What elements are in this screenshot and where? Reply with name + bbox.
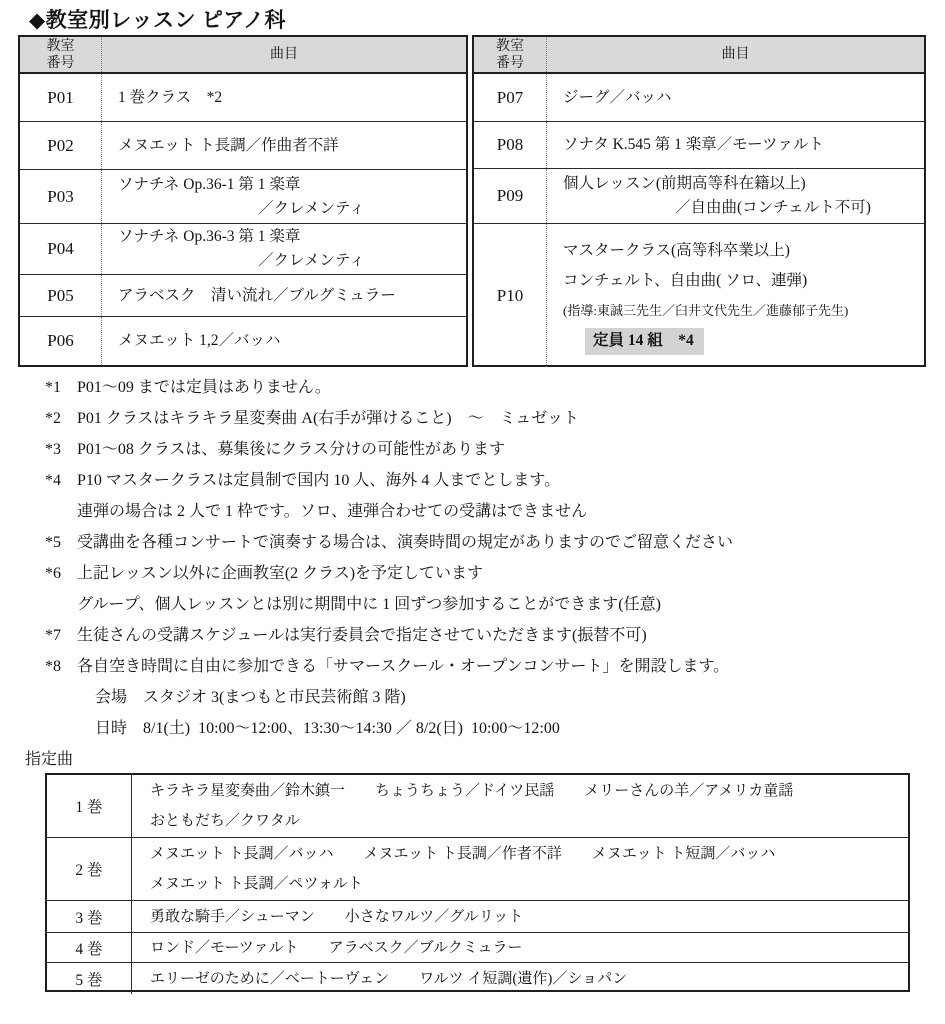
note-text: 各自空き時間に自由に参加できる「サマースクール・オープンコンサート」を開設します… [77, 651, 729, 682]
table-row: P03 ソナチネ Op.36-1 第 1 楽章 ／クレメンティ [20, 170, 466, 224]
room-header-line2: 番号 [47, 55, 75, 72]
table-row: P08 ソナタ K.545 第 1 楽章／モーツァルト [474, 122, 924, 169]
note-text: 上記レッスン以外に企画教室(2 クラス)を予定しています [77, 558, 483, 589]
table-row: P01 1 巻クラス *2 [20, 74, 466, 122]
song-line: メヌエット ト長調／ペツォルト [150, 869, 908, 899]
table-row: 1 巻 キラキラ星変奏曲／鈴木鎮一 ちょうちょう／ドイツ民謡 メリーさんの羊／ア… [47, 775, 908, 838]
note-marker: *5 [45, 527, 77, 558]
room-number-header: 教室 番号 [20, 37, 102, 72]
note-item: *1 P01～09 までは定員はありません。 [45, 372, 930, 403]
teacher-line: (指導:東誠三先生／臼井文代先生／進藤郁子先生) [563, 296, 924, 326]
note-item: *2 P01 クラスはキラキラ星変奏曲 A(右手が弾けること) ～ ミュゼット [45, 403, 930, 434]
piece-line: マスタークラス(高等科卒業以上) [563, 236, 924, 266]
piece-line: メヌエット 1,2／バッハ [118, 329, 466, 353]
room-number-cell: P10 [474, 224, 547, 367]
volume-cell: 2 巻 [47, 838, 132, 900]
piece-line: ソナチネ Op.36-1 第 1 楽章 [118, 173, 466, 197]
piece-line: メヌエット ト長調／作曲者不詳 [118, 134, 466, 158]
table-row: P04 ソナチネ Op.36-3 第 1 楽章 ／クレメンティ [20, 224, 466, 275]
room-number-cell: P04 [20, 224, 102, 274]
song-line: メヌエット ト長調／バッハ メヌエット ト長調／作者不詳 メヌエット ト短調／バ… [150, 839, 908, 869]
room-number-header: 教室 番号 [474, 37, 547, 72]
note-item: *4 P10 マスタークラスは定員制で国内 10 人、海外 4 人までとします。 [45, 465, 930, 496]
note-marker: *6 [45, 558, 77, 589]
lesson-table-left: 教室 番号 曲目 P01 1 巻クラス *2 P02 メヌエット ト長調／作曲者… [18, 35, 468, 367]
room-number-cell: P03 [20, 170, 102, 223]
table-row: P05 アラベスク 清い流れ／ブルグミュラー [20, 275, 466, 317]
volume-cell: 1 巻 [47, 775, 132, 837]
song-line: エリーゼのために／ベートーヴェン ワルツ イ短調(遺作)／ショパン [150, 964, 908, 994]
note-text: グループ、個人レッスンとは別に期間中に 1 回ずつ参加することができます(任意) [77, 589, 661, 620]
table-row: 5 巻 エリーゼのために／ベートーヴェン ワルツ イ短調(遺作)／ショパン [47, 963, 908, 994]
table-row: 2 巻 メヌエット ト長調／バッハ メヌエット ト長調／作者不詳 メヌエット ト… [47, 838, 908, 901]
song-line: ロンド／モーツァルト アラベスク／ブルクミュラー [150, 933, 908, 963]
room-number-cell: P02 [20, 122, 102, 169]
note-continuation: 連弾の場合は 2 人で 1 枠です。ソロ、連弾合わせての受講はできません [45, 496, 930, 527]
note-text: P01 クラスはキラキラ星変奏曲 A(右手が弾けること) ～ ミュゼット [77, 403, 579, 434]
note-item: *8 各自空き時間に自由に参加できる「サマースクール・オープンコンサート」を開設… [45, 651, 930, 682]
volume-cell: 3 巻 [47, 901, 132, 932]
piece-line: 1 巻クラス *2 [118, 86, 466, 110]
note-marker: *2 [45, 403, 77, 434]
note-marker: *4 [45, 465, 77, 496]
table-row: P02 メヌエット ト長調／作曲者不詳 [20, 122, 466, 170]
note-item: *7 生徒さんの受講スケジュールは実行委員会で指定させていただきます(振替不可) [45, 620, 930, 651]
room-number-cell: P06 [20, 317, 102, 365]
shitei-table: 1 巻 キラキラ星変奏曲／鈴木鎮一 ちょうちょう／ドイツ民謡 メリーさんの羊／ア… [45, 773, 910, 992]
piece-line: ソナチネ Op.36-3 第 1 楽章 [118, 225, 466, 249]
note-marker: *1 [45, 372, 77, 403]
note-datetime-line: 日時 8/1(土) 10:00～12:00、13:30～14:30 ／ 8/2(… [45, 713, 930, 744]
table-row: 4 巻 ロンド／モーツァルト アラベスク／ブルクミュラー [47, 933, 908, 963]
piece-line: ソナタ K.545 第 1 楽章／モーツァルト [563, 133, 924, 157]
volume-cell: 4 巻 [47, 933, 132, 962]
note-text: P01～09 までは定員はありません。 [77, 372, 331, 403]
room-number-cell: P09 [474, 169, 547, 223]
room-number-cell: P01 [20, 74, 102, 121]
room-number-cell: P05 [20, 275, 102, 316]
room-number-cell: P08 [474, 122, 547, 168]
note-item: *3 P01～08 クラスは、募集後にクラス分けの可能性があります [45, 434, 930, 465]
piece-header: 曲目 [102, 37, 466, 72]
lesson-table-right: 教室 番号 曲目 P07 ジーグ／バッハ P08 ソナタ K.545 第 1 楽… [472, 35, 926, 367]
note-venue-line: 会場 スタジオ 3(まつもと市民芸術館 3 階) [45, 682, 930, 713]
volume-cell: 5 巻 [47, 963, 132, 994]
composer-line: ／クレメンティ [118, 249, 466, 273]
note-continuation: グループ、個人レッスンとは別に期間中に 1 回ずつ参加することができます(任意) [45, 589, 930, 620]
note-text: 受講曲を各種コンサートで演奏する場合は、演奏時間の規定がありますのでご留意くださ… [77, 527, 733, 558]
footnotes: *1 P01～09 までは定員はありません。 *2 P01 クラスはキラキラ星変… [45, 372, 930, 744]
piece-line: ジーグ／バッハ [563, 86, 924, 110]
table-header-row: 教室 番号 曲目 [20, 37, 466, 74]
capacity-badge: 定員 14 組 *4 [585, 328, 704, 355]
song-line: キラキラ星変奏曲／鈴木鎮一 ちょうちょう／ドイツ民謡 メリーさんの羊／アメリカ童… [150, 776, 908, 806]
note-marker: *8 [45, 651, 77, 682]
room-header-line1: 教室 [47, 38, 75, 55]
shitei-label: 指定曲 [25, 746, 73, 769]
page-title: ◆教室別レッスン ピアノ科 [29, 4, 286, 34]
table-row: 3 巻 勇敢な騎手／シューマン 小さなワルツ／グルリット [47, 901, 908, 933]
note-marker: *3 [45, 434, 77, 465]
composer-line: ／クレメンティ [118, 197, 466, 221]
note-text: P01～08 クラスは、募集後にクラス分けの可能性があります [77, 434, 505, 465]
room-header-line2: 番号 [496, 55, 524, 72]
piece-line: コンチェルト、自由曲( ソロ、連弾) [563, 266, 924, 296]
song-line: 勇敢な騎手／シューマン 小さなワルツ／グルリット [150, 902, 908, 932]
table-header-row: 教室 番号 曲目 [474, 37, 924, 74]
note-item: *5 受講曲を各種コンサートで演奏する場合は、演奏時間の規定がありますのでご留意… [45, 527, 930, 558]
note-text: 生徒さんの受講スケジュールは実行委員会で指定させていただきます(振替不可) [77, 620, 647, 651]
song-line: おともだち／クワタル [150, 806, 908, 836]
note-text: 会場 スタジオ 3(まつもと市民芸術館 3 階) [95, 682, 406, 713]
note-marker: *7 [45, 620, 77, 651]
table-row: P06 メヌエット 1,2／バッハ [20, 317, 466, 365]
room-header-line1: 教室 [496, 38, 524, 55]
room-number-cell: P07 [474, 74, 547, 121]
note-text: 日時 8/1(土) 10:00～12:00、13:30～14:30 ／ 8/2(… [95, 713, 560, 744]
note-text: P10 マスタークラスは定員制で国内 10 人、海外 4 人までとします。 [77, 465, 560, 496]
piece-line: 個人レッスン(前期高等科在籍以上) [563, 172, 924, 196]
table-row: P07 ジーグ／バッハ [474, 74, 924, 122]
piece-header: 曲目 [547, 37, 924, 72]
piece-line: アラベスク 清い流れ／ブルグミュラー [118, 284, 466, 308]
piece-line: ／自由曲(コンチェルト不可) [563, 196, 924, 220]
note-item: *6 上記レッスン以外に企画教室(2 クラス)を予定しています [45, 558, 930, 589]
note-text: 連弾の場合は 2 人で 1 枠です。ソロ、連弾合わせての受講はできません [77, 496, 587, 527]
table-row: P09 個人レッスン(前期高等科在籍以上) ／自由曲(コンチェルト不可) [474, 169, 924, 224]
table-row: P10 マスタークラス(高等科卒業以上) コンチェルト、自由曲( ソロ、連弾) … [474, 224, 924, 367]
